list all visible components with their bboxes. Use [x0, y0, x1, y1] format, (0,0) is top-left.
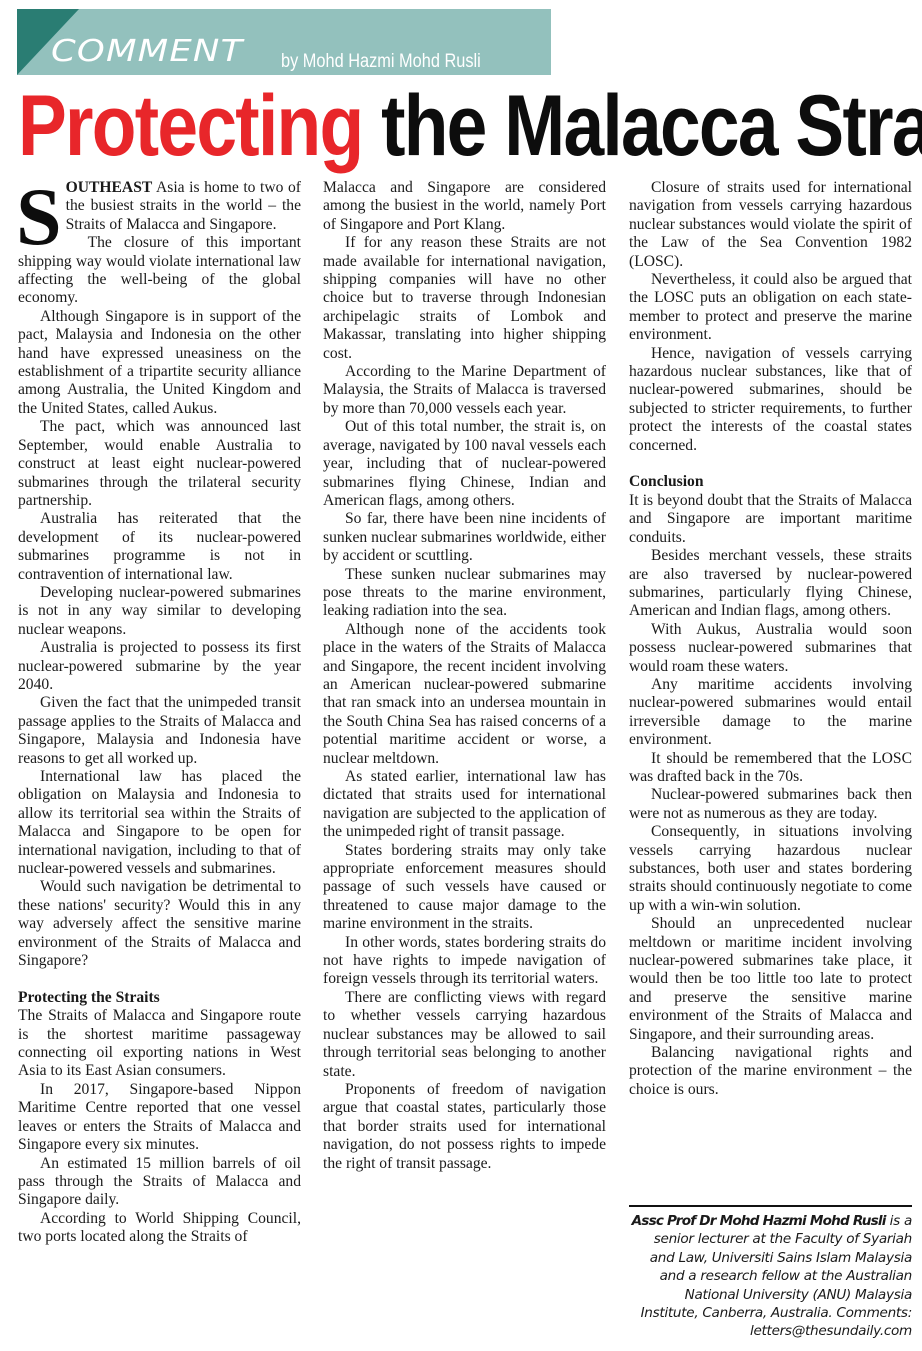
paragraph: Closure of straits used for internationa…	[629, 179, 912, 271]
paragraph: According to the Marine Department of Ma…	[323, 363, 606, 418]
article-column-2: Malacca and Singapore are considered amo…	[323, 179, 606, 1173]
paragraph: International law has placed the obligat…	[18, 768, 301, 878]
paragraph: The Straits of Malacca and Singapore rou…	[18, 1007, 301, 1081]
paragraph: It is beyond doubt that the Straits of M…	[629, 492, 912, 547]
article-column-3: Closure of straits used for internationa…	[629, 179, 912, 1099]
author-bio: Assc Prof Dr Mohd Hazmi Mohd Rusli is a …	[629, 1212, 912, 1341]
paragraph: If for any reason these Straits are not …	[323, 234, 606, 363]
paragraph: Although Singapore is in support of the …	[18, 308, 301, 418]
paragraph: Australia is projected to possess its fi…	[18, 639, 301, 694]
bio-divider	[629, 1205, 912, 1207]
section-gap	[18, 970, 301, 988]
paragraph: Developing nuclear-powered submarines is…	[18, 584, 301, 639]
article-headline: Protecting the Malacca Straits	[18, 78, 783, 178]
column-banner: COMMENT by Mohd Hazmi Mohd Rusli	[17, 9, 551, 75]
paragraph: Hence, navigation of vessels carrying ha…	[629, 345, 912, 455]
paragraph: These sunken nuclear submarines may pose…	[323, 566, 606, 621]
paragraph: Given the fact that the unimpeded transi…	[18, 694, 301, 768]
headline-red-part: Protecting	[18, 78, 362, 174]
author-byline: by Mohd Hazmi Mohd Rusli	[281, 51, 481, 73]
paragraph: It should be remembered that the LOSC wa…	[629, 750, 912, 787]
paragraph: Would such navigation be detrimental to …	[18, 878, 301, 970]
section-gap	[629, 455, 912, 473]
paragraph: Nevertheless, it could also be argued th…	[629, 271, 912, 345]
subheading-protecting-the-straits: Protecting the Straits	[18, 989, 301, 1007]
section-kicker: COMMENT	[51, 37, 243, 67]
paragraph: According to World Shipping Council, two…	[18, 1210, 301, 1247]
subheading-conclusion: Conclusion	[629, 473, 912, 491]
bio-author-name: Assc Prof Dr Mohd Hazmi Mohd Rusli	[632, 1213, 886, 1229]
paragraph: Nuclear-powered submarines back then wer…	[629, 786, 912, 823]
paragraph: Malacca and Singapore are considered amo…	[323, 179, 606, 234]
paragraph: Proponents of freedom of navigation argu…	[323, 1081, 606, 1173]
paragraph: An estimated 15 million barrels of oil p…	[18, 1155, 301, 1210]
paragraph: Consequently, in situations involving ve…	[629, 823, 912, 915]
paragraph: Out of this total number, the strait is,…	[323, 418, 606, 510]
comments-email-link[interactable]: letters@thesundaily.com	[750, 1323, 912, 1339]
headline-black-part: the Malacca Straits	[362, 78, 922, 174]
paragraph: Australia has reiterated that the develo…	[18, 510, 301, 584]
paragraph: Besides merchant vessels, these straits …	[629, 547, 912, 621]
paragraph: Any maritime accidents involving nuclear…	[629, 676, 912, 750]
paragraph: So far, there have been nine incidents o…	[323, 510, 606, 565]
paragraph: In other words, states bordering straits…	[323, 934, 606, 989]
drop-cap: S	[16, 183, 62, 251]
paragraph: In 2017, Singapore-based Nippon Maritime…	[18, 1081, 301, 1155]
comments-label: Comments:	[836, 1305, 912, 1321]
paragraph: The pact, which was announced last Septe…	[18, 418, 301, 510]
lead-word: OUTHEAST	[66, 179, 153, 196]
paragraph: There are conflicting views with regard …	[323, 989, 606, 1081]
paragraph: States bordering straits may only take a…	[323, 842, 606, 934]
paragraph: With Aukus, Australia would soon possess…	[629, 621, 912, 676]
paragraph: Balancing navigational rights and protec…	[629, 1044, 912, 1099]
paragraph: Although none of the accidents took plac…	[323, 621, 606, 768]
paragraph: As stated earlier, international law has…	[323, 768, 606, 842]
article-column-1: SOUTHEAST Asia is home to two of the bus…	[18, 179, 301, 1247]
paragraph: Should an unprecedented nuclear meltdown…	[629, 915, 912, 1044]
lead-paragraph: SOUTHEAST Asia is home to two of the bus…	[18, 179, 301, 234]
